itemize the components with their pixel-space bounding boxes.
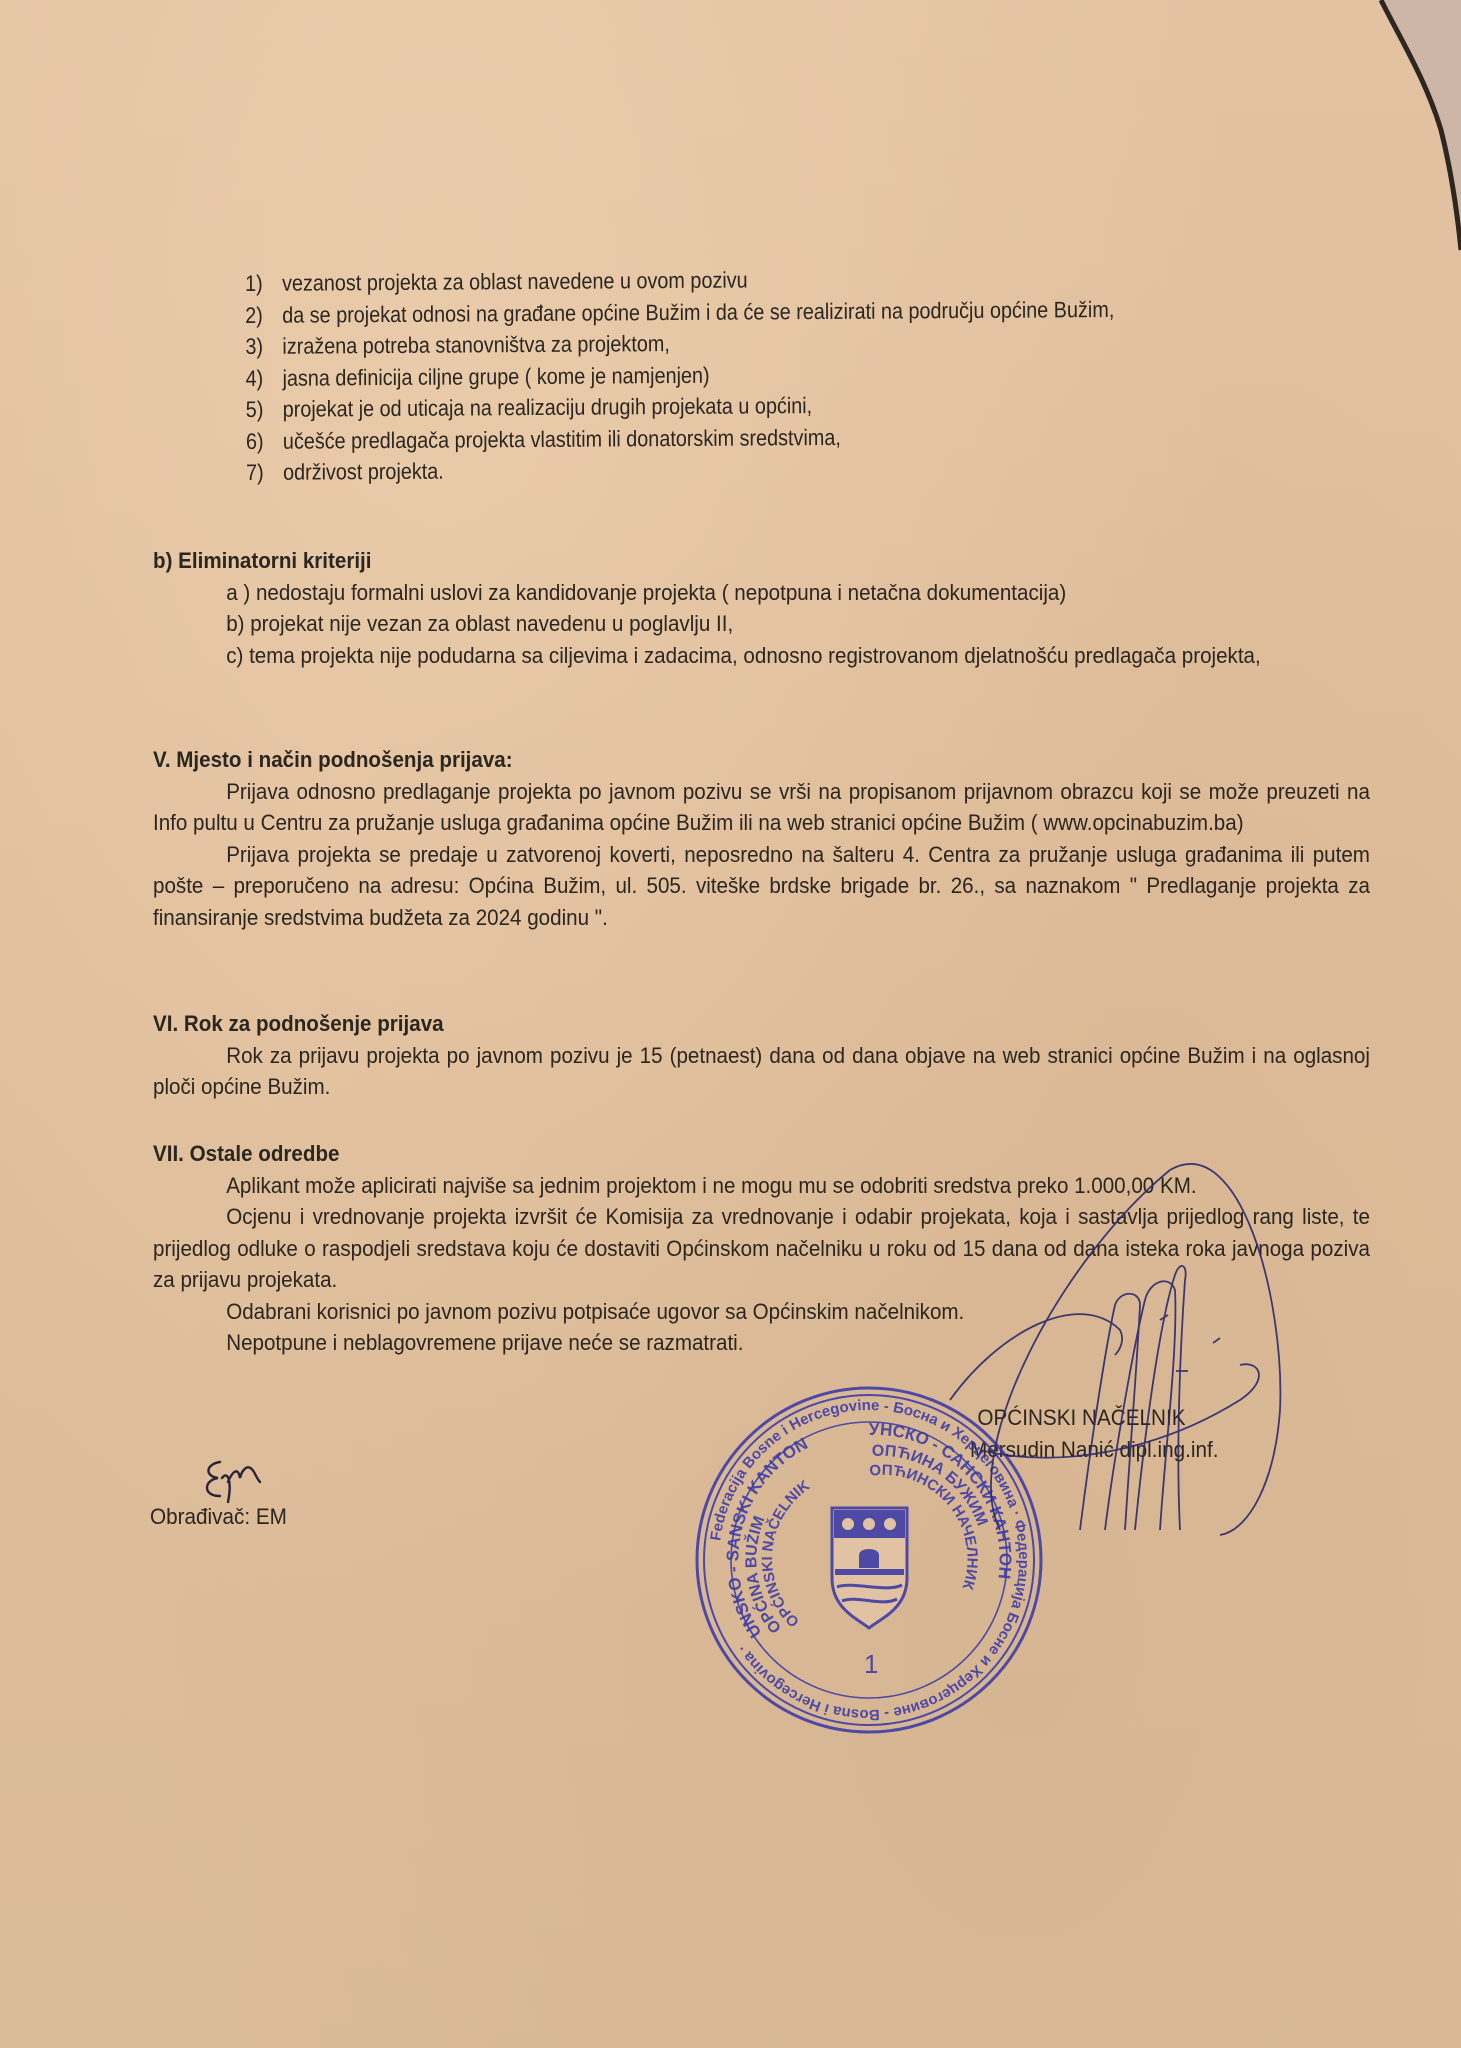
list-text: izražena potreba stanovništva za projekt… (282, 328, 670, 362)
signature-icon (940, 1150, 1320, 1540)
list-text: učešće predlagača projekta vlastitim ili… (283, 421, 841, 456)
list-item: 7)održivost projekta. (246, 451, 1115, 489)
list-text: vezanost projekta za oblast navedene u o… (282, 265, 748, 300)
list-number: 1) (245, 268, 282, 300)
eliminatory-criteria: b) Eliminatorni kriteriji a ) nedostaju … (153, 545, 1398, 671)
page-curl-shadow (1371, 0, 1461, 260)
section-v: V. Mjesto i način podnošenja prijava: Pr… (153, 744, 1398, 933)
preparer-label: Obrađivač: EM (150, 1504, 287, 1530)
list-number: 7) (246, 457, 283, 489)
eliminatory-item: c) tema projekta nije podudarna sa cilje… (153, 640, 1370, 672)
stamp-number: 1 (864, 1649, 878, 1679)
list-text: projekat je od uticaja na realizaciju dr… (283, 390, 813, 425)
list-number: 4) (246, 362, 283, 394)
list-text: održivost projekta. (283, 456, 444, 489)
section-heading: VI. Rok za podnošenje prijava (153, 1008, 1370, 1040)
handwritten-initials-icon (198, 1452, 278, 1512)
section-heading: V. Mjesto i način podnošenja prijava: (153, 744, 1370, 776)
list-number: 2) (245, 299, 282, 331)
eliminatory-item: a ) nedostaju formalni uslovi za kandido… (153, 577, 1370, 609)
criteria-list: 1)vezanost projekta za oblast navedene u… (245, 262, 1115, 489)
paragraph: Prijava odnosno predlaganje projekta po … (153, 776, 1370, 839)
list-text: da se projekat odnosi na građane općine … (282, 293, 1114, 330)
list-number: 5) (246, 394, 283, 426)
list-item: 2)da se projekat odnosi na građane općin… (245, 293, 1114, 331)
paragraph: Rok za prijavu projekta po javnom pozivu… (153, 1040, 1370, 1103)
list-number: 6) (246, 425, 283, 457)
section-vi: VI. Rok za podnošenje prijava Rok za pri… (153, 1008, 1398, 1103)
paragraph: Prijava projekta se predaje u zatvorenoj… (153, 839, 1370, 934)
eliminatory-item: b) projekat nije vezan za oblast naveden… (153, 608, 1370, 640)
list-text: jasna definicija ciljne grupe ( kome je … (282, 359, 709, 393)
section-heading: b) Eliminatorni kriteriji (153, 545, 1370, 577)
list-number: 3) (245, 331, 282, 363)
